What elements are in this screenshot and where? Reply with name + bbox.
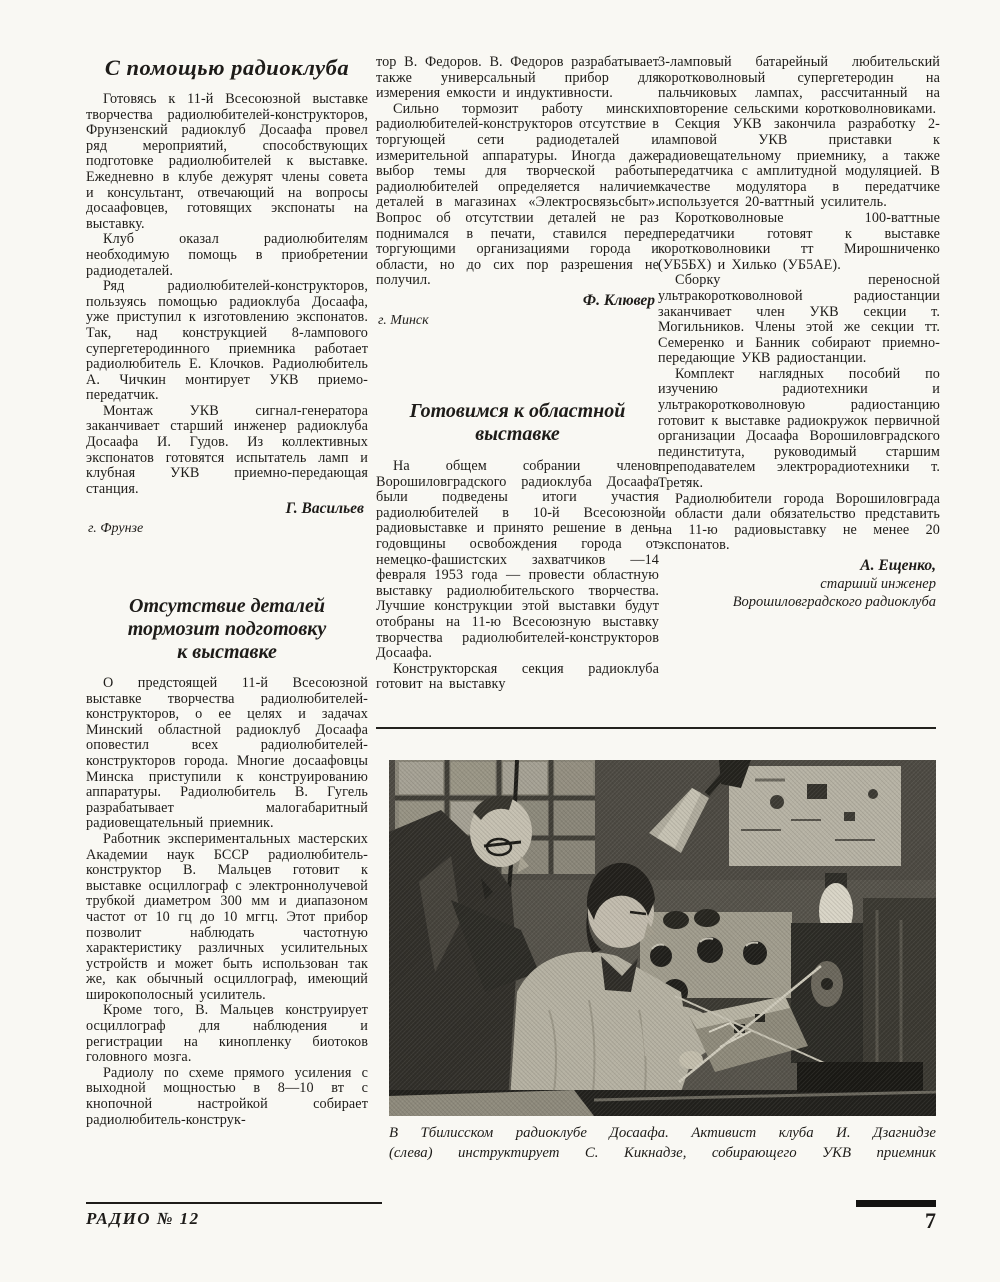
- paragraph: Кроме того, В. Мальцев конструирует осци…: [86, 1003, 368, 1065]
- paragraph: Конструкторская секция радиоклуба готови…: [376, 662, 659, 693]
- paragraph: На общем собрании членов Ворошиловградск…: [376, 459, 659, 662]
- paragraph: Комплект наглядных пособий по изучению р…: [658, 367, 940, 492]
- magazine-page: С помощью радиоклуба Готовясь к 11-й Все…: [0, 0, 1000, 1282]
- journal-footer: РАДИО № 12: [86, 1202, 382, 1229]
- paragraph: Сильно тормозит работу минских радиолюби…: [376, 102, 659, 289]
- paragraph: тор В. Федоров. В. Федоров разрабатывает…: [376, 55, 659, 102]
- article-title: Готовимся к областной выставке: [397, 400, 639, 446]
- author-organization: Ворошиловградского радиоклуба: [658, 594, 936, 611]
- photo-caption-line: В Тбилисском радиоклубе Досаафа. Активис…: [389, 1123, 936, 1143]
- paragraph: Ряд радиолюбителей-конструкторов, пользу…: [86, 279, 368, 404]
- paragraph: Радиолюбители города Ворошиловграда и об…: [658, 492, 940, 554]
- paragraph: Секция УКВ закончила разработку 2-лампов…: [658, 117, 940, 211]
- author-signature: Г. Васильев: [86, 500, 364, 518]
- article-regional-exhibition: Готовимся к областной выставке На общем …: [376, 400, 659, 693]
- paragraph: Коротковолновые 100-ваттные передатчики …: [658, 211, 940, 273]
- article-regional-exhibition-continued: 3-ламповый батарейный любительский корот…: [658, 55, 940, 611]
- page-number: 7: [856, 1209, 936, 1233]
- paragraph: Готовясь к 11-й Всесоюзной выставке твор…: [86, 92, 368, 232]
- author-signature: Ф. Клювер: [376, 292, 655, 310]
- column-1: С помощью радиоклуба Готовясь к 11-й Все…: [86, 55, 368, 1195]
- article-missing-parts-continued: тор В. Федоров. В. Федоров разрабатывает…: [376, 55, 659, 329]
- workshop-photo: [389, 760, 936, 1116]
- photo-caption-line: (слева) инструктирует С. Кикнадзе, собир…: [389, 1143, 936, 1163]
- workshop-photo-illustration: [389, 760, 936, 1116]
- column-3: 3-ламповый батарейный любительский корот…: [658, 55, 940, 755]
- paragraph: 3-ламповый батарейный любительский корот…: [658, 55, 940, 117]
- section-divider-rule: [376, 727, 936, 729]
- author-signature: А. Ещенко,: [658, 557, 936, 575]
- paragraph: Работник экспериментальных мастерских Ак…: [86, 832, 368, 1004]
- paragraph: Радиолу по схеме прямого усиления с выхо…: [86, 1066, 368, 1128]
- article-help-of-radioclub: С помощью радиоклуба Готовясь к 11-й Все…: [86, 55, 368, 537]
- page-number-bar: [856, 1200, 936, 1207]
- column-2: тор В. Федоров. В. Федоров разрабатывает…: [376, 55, 659, 755]
- author-location: г. Фрунзе: [88, 520, 368, 537]
- paragraph: Клуб оказал радиолюбителям необходимую п…: [86, 232, 368, 279]
- paragraph: Сборку переносной ультракоротковолновой …: [658, 273, 940, 367]
- paragraph: Монтаж УКВ сигнал-генератора заканчивает…: [86, 404, 368, 498]
- paragraph: О предстоящей 11-й Всесоюзной выставке т…: [86, 676, 368, 832]
- article-title: С помощью радиоклуба: [86, 55, 368, 81]
- author-location: г. Минск: [378, 312, 659, 329]
- author-role: старший инженер: [658, 576, 936, 593]
- photo-caption: В Тбилисском радиоклубе Досаафа. Активис…: [389, 1123, 936, 1163]
- article-missing-parts: Отсутствие деталей тормозит подготовку к…: [86, 595, 368, 1128]
- article-title: Отсутствие деталей тормозит подготовку к…: [121, 595, 333, 664]
